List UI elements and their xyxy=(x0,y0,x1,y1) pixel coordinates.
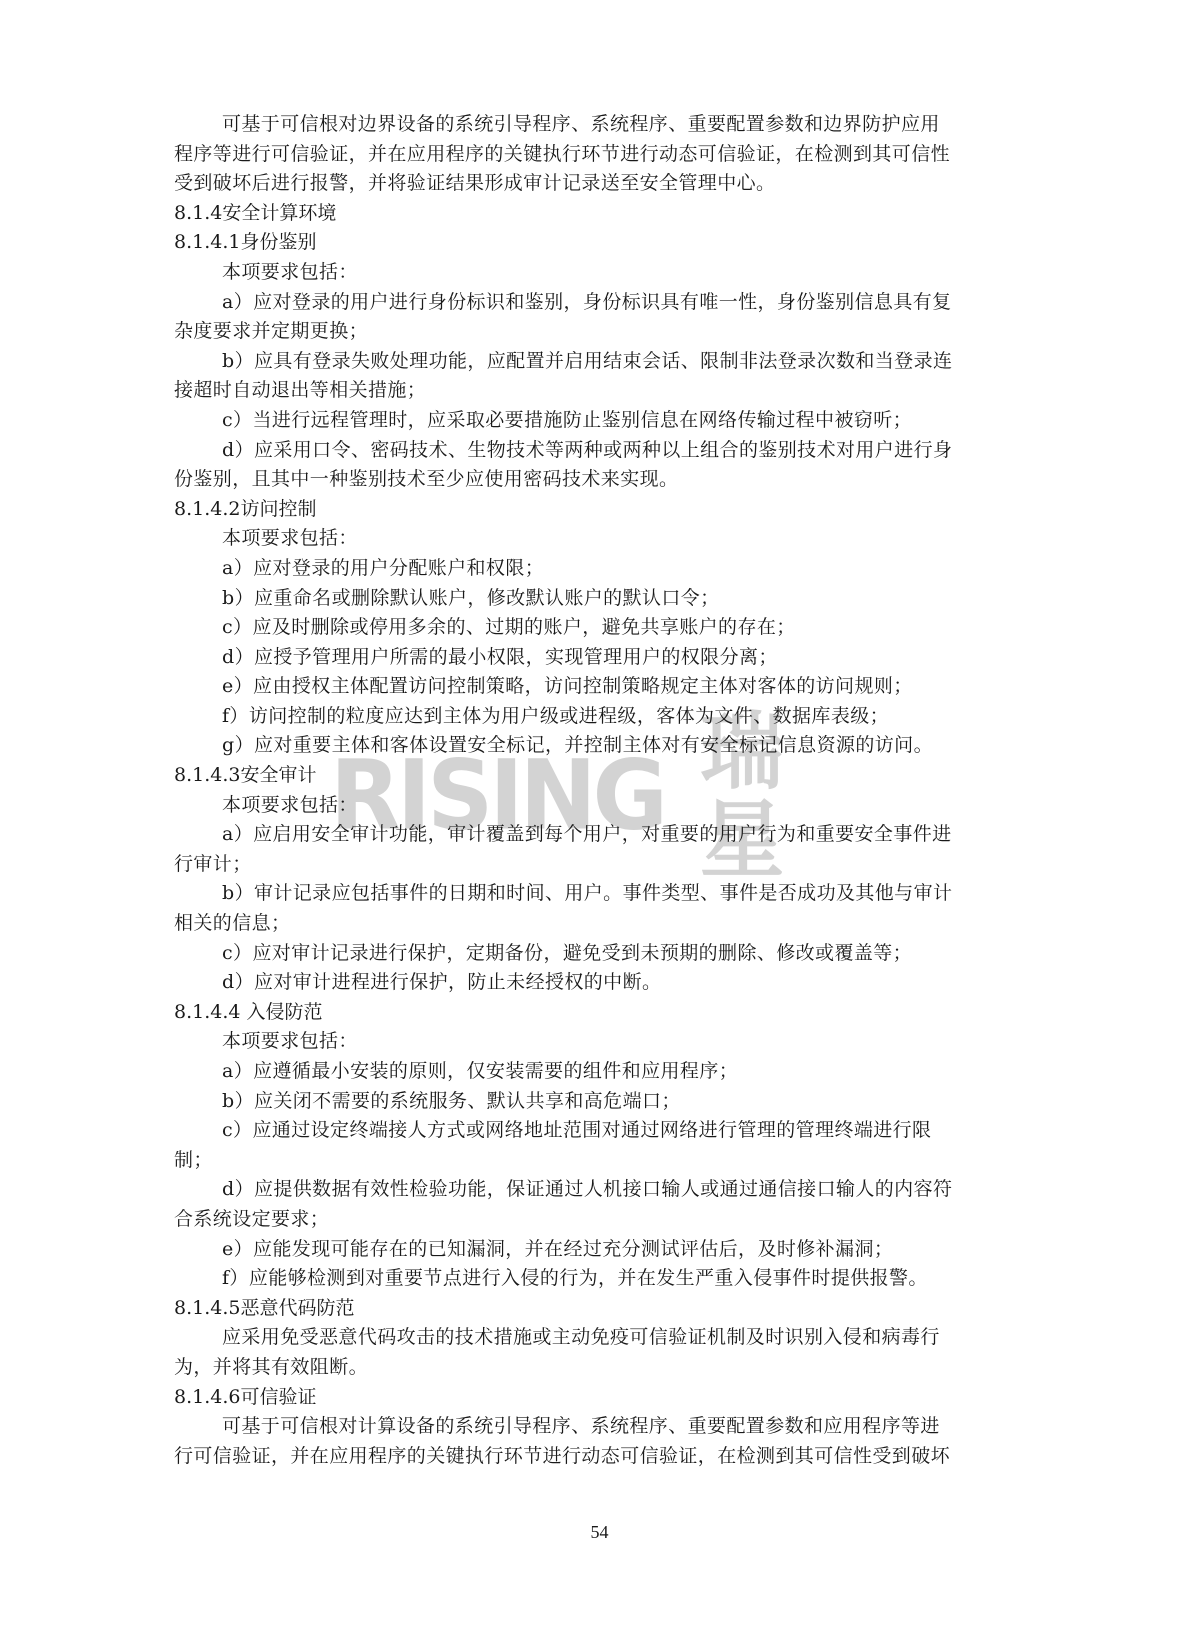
section-heading: 8.1.4.2访问控制 xyxy=(174,495,984,525)
text-line: 本项要求包括： xyxy=(174,524,984,554)
text-line: 可基于可信根对计算设备的系统引导程序、系统程序、重要配置参数和应用程序等进 xyxy=(174,1412,984,1442)
text-line: c）应通过设定终端接人方式或网络地址范围对通过网络进行管理的管理终端进行限 xyxy=(174,1116,984,1146)
section-heading: 8.1.4.5恶意代码防范 xyxy=(174,1294,984,1324)
text-line: 份鉴别，且其中一种鉴别技术至少应使用密码技术来实现。 xyxy=(174,465,984,495)
text-line: b）应重命名或删除默认账户，修改默认账户的默认口令； xyxy=(174,584,984,614)
text-line: 行审计； xyxy=(174,850,984,880)
text-line: d）应对审计进程进行保护，防止未经授权的中断。 xyxy=(174,968,984,998)
section-heading: 8.1.4.3安全审计 xyxy=(174,761,984,791)
text-line: d）应采用口令、密码技术、生物技术等两种或两种以上组合的鉴别技术对用户进行身 xyxy=(174,436,984,466)
text-line: c）应对审计记录进行保护，定期备份，避免受到未预期的删除、修改或覆盖等； xyxy=(174,939,984,969)
text-line: b）审计记录应包括事件的日期和时间、用户。事件类型、事件是否成功及其他与审计 xyxy=(174,879,984,909)
text-line: 相关的信息； xyxy=(174,909,984,939)
text-line: c）应及时删除或停用多余的、过期的账户，避免共享账户的存在； xyxy=(174,613,984,643)
section-heading: 8.1.4安全计算环境 xyxy=(174,199,984,229)
text-line: b）应具有登录失败处理功能，应配置并启用结束会话、限制非法登录次数和当登录连 xyxy=(174,347,984,377)
text-line: c）当进行远程管理时，应采取必要措施防止鉴别信息在网络传输过程中被窃听； xyxy=(174,406,984,436)
text-line: 本项要求包括： xyxy=(174,1027,984,1057)
section-heading: 8.1.4.1身份鉴别 xyxy=(174,228,984,258)
text-line: a）应启用安全审计功能，审计覆盖到每个用户，对重要的用户行为和重要安全事件进 xyxy=(174,820,984,850)
section-heading: 8.1.4.6可信验证 xyxy=(174,1383,984,1413)
text-line: a）应对登录的用户进行身份标识和鉴别，身份标识具有唯一性，身份鉴别信息具有复 xyxy=(174,288,984,318)
text-line: 受到破坏后进行报警，并将验证结果形成审计记录送至安全管理中心。 xyxy=(174,169,984,199)
text-line: d）应提供数据有效性检验功能，保证通过人机接口输人或通过通信接口输人的内容符 xyxy=(174,1175,984,1205)
text-line: 程序等进行可信验证，并在应用程序的关键执行环节进行动态可信验证，在检测到其可信性 xyxy=(174,140,984,170)
document-body: 可基于可信根对边界设备的系统引导程序、系统程序、重要配置参数和边界防护应用程序等… xyxy=(174,110,984,1471)
page-number: 54 xyxy=(0,1522,1199,1543)
text-line: g）应对重要主体和客体设置安全标记，并控制主体对有安全标记信息资源的访问。 xyxy=(174,731,984,761)
text-line: e）应能发现可能存在的已知漏洞，并在经过充分测试评估后，及时修补漏洞； xyxy=(174,1235,984,1265)
text-line: a）应对登录的用户分配账户和权限； xyxy=(174,554,984,584)
text-line: 为，并将其有效阻断。 xyxy=(174,1353,984,1383)
section-heading: 8.1.4.4 入侵防范 xyxy=(174,998,984,1028)
document-page: RISING 瑞星 可基于可信根对边界设备的系统引导程序、系统程序、重要配置参数… xyxy=(0,0,1199,1627)
text-line: e）应由授权主体配置访问控制策略，访问控制策略规定主体对客体的访问规则； xyxy=(174,672,984,702)
text-line: 制； xyxy=(174,1146,984,1176)
text-line: d）应授予管理用户所需的最小权限，实现管理用户的权限分离； xyxy=(174,643,984,673)
text-line: 接超时自动退出等相关措施； xyxy=(174,376,984,406)
text-line: 本项要求包括： xyxy=(174,791,984,821)
text-line: 应采用免受恶意代码攻击的技术措施或主动免疫可信验证机制及时识别入侵和病毒行 xyxy=(174,1323,984,1353)
text-line: f）应能够检测到对重要节点进行入侵的行为，并在发生严重入侵事件时提供报警。 xyxy=(174,1264,984,1294)
text-line: 本项要求包括： xyxy=(174,258,984,288)
text-line: b）应关闭不需要的系统服务、默认共享和高危端口； xyxy=(174,1087,984,1117)
text-line: 可基于可信根对边界设备的系统引导程序、系统程序、重要配置参数和边界防护应用 xyxy=(174,110,984,140)
text-line: 合系统设定要求； xyxy=(174,1205,984,1235)
text-line: 杂度要求并定期更换； xyxy=(174,317,984,347)
text-line: 行可信验证，并在应用程序的关键执行环节进行动态可信验证，在检测到其可信性受到破坏 xyxy=(174,1442,984,1472)
text-line: a）应遵循最小安装的原则，仅安装需要的组件和应用程序； xyxy=(174,1057,984,1087)
text-line: f）访问控制的粒度应达到主体为用户级或进程级，客体为文件、数据库表级； xyxy=(174,702,984,732)
